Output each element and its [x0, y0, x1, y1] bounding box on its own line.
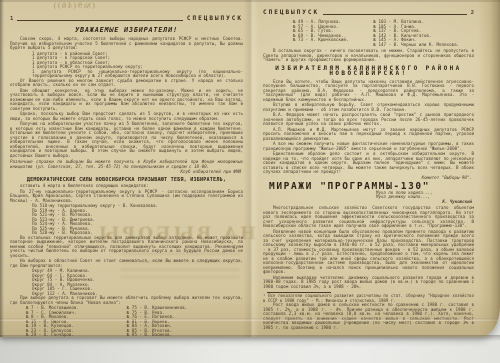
body-paragraph: Получив на избирательном участке пачку и…	[10, 122, 243, 158]
body-paragraph: Если Вы хотите, чтобы Ваши депутаты нако…	[263, 80, 474, 103]
paper-top-edge	[0, 0, 500, 2]
gorsovet-intro: При выборе депутата в горсовет Вы можете…	[10, 296, 243, 305]
body-paragraph: Появление новой концепции было обусловле…	[263, 230, 474, 275]
other-districts-paragraph: Во остальных территориальных округах для…	[10, 236, 243, 259]
info-note-signature: Клуб избирателей при ФМИ	[10, 170, 241, 175]
committee-signature: Комитет "Выборы-90".	[263, 176, 472, 181]
body-paragraph: Многострадальное сельское хозяйство Сове…	[263, 206, 474, 229]
body-paragraph: Единственным образом дело состоит и в ок…	[263, 152, 474, 175]
ballot-list: 1 депутата - в районный Совет;1 депутата…	[32, 52, 243, 79]
masthead: СПЕЦВЫПУСК	[263, 9, 319, 16]
body-paragraph: Однако, поскольку выбор Вам предстоит сд…	[10, 112, 243, 121]
left-page-header: 1 СПЕЦВЫПУСК	[10, 15, 243, 22]
paper-drop-shadow	[0, 335, 500, 341]
body-paragraph: От Вашего решения во многом зависит судь…	[10, 79, 243, 88]
booklet-page-edges	[478, 0, 500, 337]
oblast-column-right: № 103 - М. Ватолина.№ 105 - А. Ганжа.№ 1…	[373, 20, 474, 47]
body-paragraph: Вам обещают конкретно, на этих выборах м…	[10, 89, 243, 112]
paper-left-edge	[0, 0, 4, 337]
intro-paragraph: Совсем скоро, 4 марта, состоятся выборы …	[10, 37, 243, 51]
dear-voters-headline: УВАЖАЕМЫЕ ИЗБИРАТЕЛИ!	[10, 26, 243, 34]
epigraph-author: К. Чуковский	[376, 200, 472, 205]
center-fold-shadow	[243, 0, 259, 337]
right-page-body: № 49 - А. Ляпунова.№ 57 - А. Царенко.№ 6…	[263, 20, 474, 330]
mid-paragraphs: От Вашего решения во многом зависит судь…	[10, 79, 243, 159]
national-district-recommendation: По 27-му национально-территориальному ок…	[10, 190, 243, 204]
body-paragraph: А все мы сможем получить новые фантастич…	[263, 142, 474, 151]
left-page-number: 1	[10, 16, 13, 22]
kalinin-headline-line2: НОВОСИБИРСКА!	[263, 72, 474, 77]
body-paragraph: В.А. Федоров может начать распространять…	[263, 113, 474, 127]
democratic-forces-headline: ДЕМОКРАТИЧЕСКИЕ СИЛЫ НОВОСИБИРСКА ПРИЗЫВ…	[10, 178, 243, 183]
gorsovet-column-right: № 75 - В. Крашенинников.№ 75 - В. Рева.№…	[127, 306, 243, 337]
right-page-number: 2	[471, 10, 474, 16]
kalinin-paragraphs: Если Вы хотите, чтобы Ваши депутаты нако…	[263, 80, 474, 175]
header-rule	[17, 20, 183, 21]
body-paragraph: Напомним выкладки читателям: динамику со…	[263, 276, 474, 290]
final-paragraph: Рост ввода жилых домов в сельской местно…	[263, 303, 474, 330]
territorial-district-list: По 518-му территориальному округу - В. К…	[32, 204, 243, 236]
mirage-paragraphs: Многострадальное сельское хозяйство Сове…	[263, 206, 474, 289]
masthead: СПЕЦВЫПУСК	[187, 15, 243, 22]
oblast-column-left: № 49 - А. Ляпунова.№ 57 - А. Царенко.№ 6…	[293, 20, 373, 47]
info-note: Различные справки по выборам Вы можете п…	[10, 160, 243, 169]
bulletin-spread: (№9(46)) НА ВЫБОРЫ 1 СПЕЦВЫПУСК УВАЖАЕМЫ…	[0, 0, 500, 337]
paper-crease	[0, 318, 500, 321]
oblast-intro: На выборах в областной Совет не стоит со…	[10, 259, 243, 268]
right-page-header: СПЕЦВЫПУСК 2	[263, 9, 474, 16]
body-paragraph: А.П. Мишаков и Ф.Д. Мартемьянов могут со…	[263, 128, 474, 142]
candidate-entry: № 147 - В. Черных или К. Мелехова.	[373, 43, 474, 48]
oblast-candidate-table: № 49 - А. Ляпунова.№ 57 - А. Царенко.№ 6…	[263, 20, 474, 47]
call-intro: оставить 4 марта в бюллетенях следующих …	[10, 184, 243, 189]
epigraph: Муха по полю ходила...,Муха денежку нашл…	[376, 191, 472, 205]
gorsovet-candidate-table: № 7 - В. Мостовщиков.№ 7 - С. Самойлович…	[10, 306, 243, 337]
candidate-entry: № 73 - А. Крючковский.	[293, 38, 373, 43]
mirage-article-headline: МИРАЖИ "ПРОГРАММЫ-130"	[269, 185, 474, 190]
right-page: СПЕЦВЫПУСК 2 № 49 - А. Ляпунова.№ 57 - А…	[250, 0, 500, 337]
oblast-district-list: Округ 49 - М. Калинина.Округ 64 - С. Кра…	[32, 269, 243, 296]
warning-paragraph: В остальных округах - ничего посоветоват…	[263, 49, 474, 63]
left-page: 1 СПЕЦВЫПУСК УВАЖАЕМЫЕ ИЗБИРАТЕЛИ! Совсе…	[0, 0, 250, 337]
header-rule	[323, 14, 467, 15]
scanned-bulletin-photo: (№9(46)) НА ВЫБОРЫ 1 СПЕЦВЫПУСК УВАЖАЕМЫ…	[0, 0, 500, 363]
left-page-body: Совсем скоро, 4 марта, состоятся выборы …	[10, 37, 243, 337]
gorsovet-column-left: № 7 - В. Мостовщиков.№ 7 - С. Самойлович…	[26, 306, 127, 337]
body-paragraph: Вступив в избирательную борьбу, Совет от…	[263, 103, 474, 112]
